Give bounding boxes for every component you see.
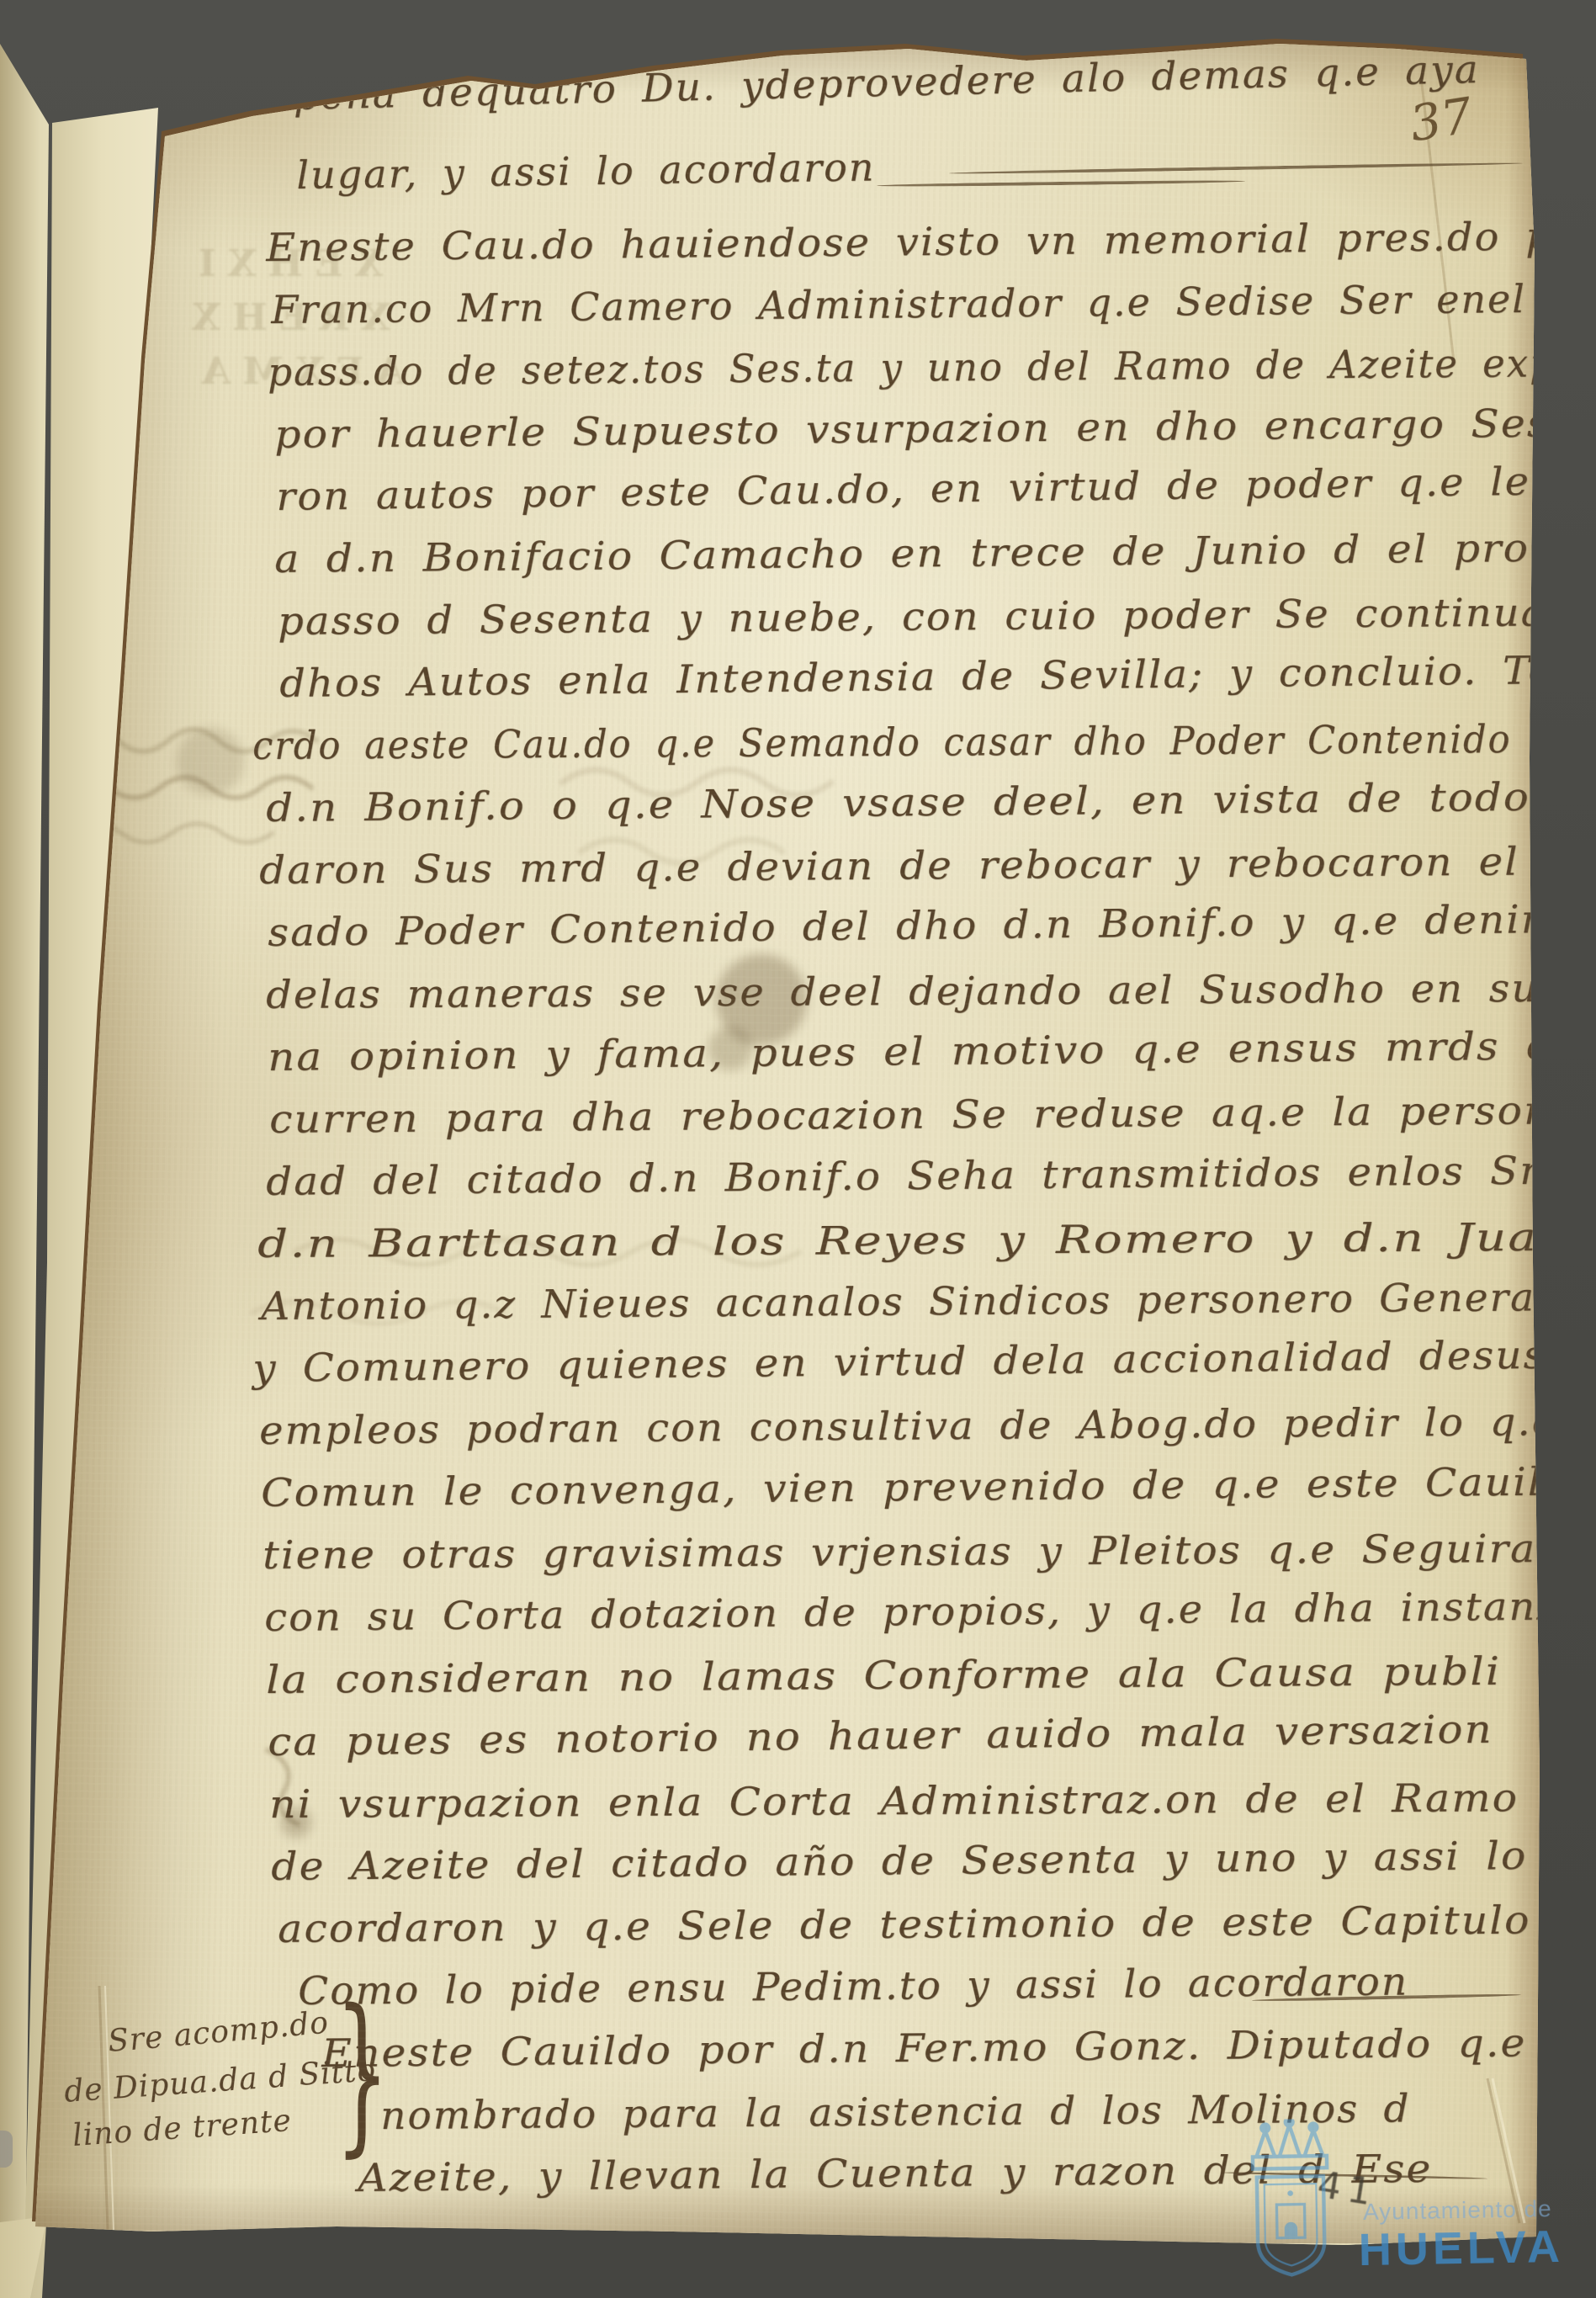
scanned-manuscript: { "scan": { "background_color": "#4a4a46… [0, 0, 1596, 2298]
manuscript-page: XEHXI XREHX AEXMA [0, 0, 1596, 2298]
archive-stamp: Ayuntamiento de HUELVA [1233, 2114, 1590, 2298]
stamp-text-line2: HUELVA [1358, 2221, 1564, 2276]
huelva-coat-of-arms-icon [1233, 2118, 1347, 2285]
binding-mark [0, 2131, 13, 2168]
paper-texture [0, 0, 1596, 2298]
